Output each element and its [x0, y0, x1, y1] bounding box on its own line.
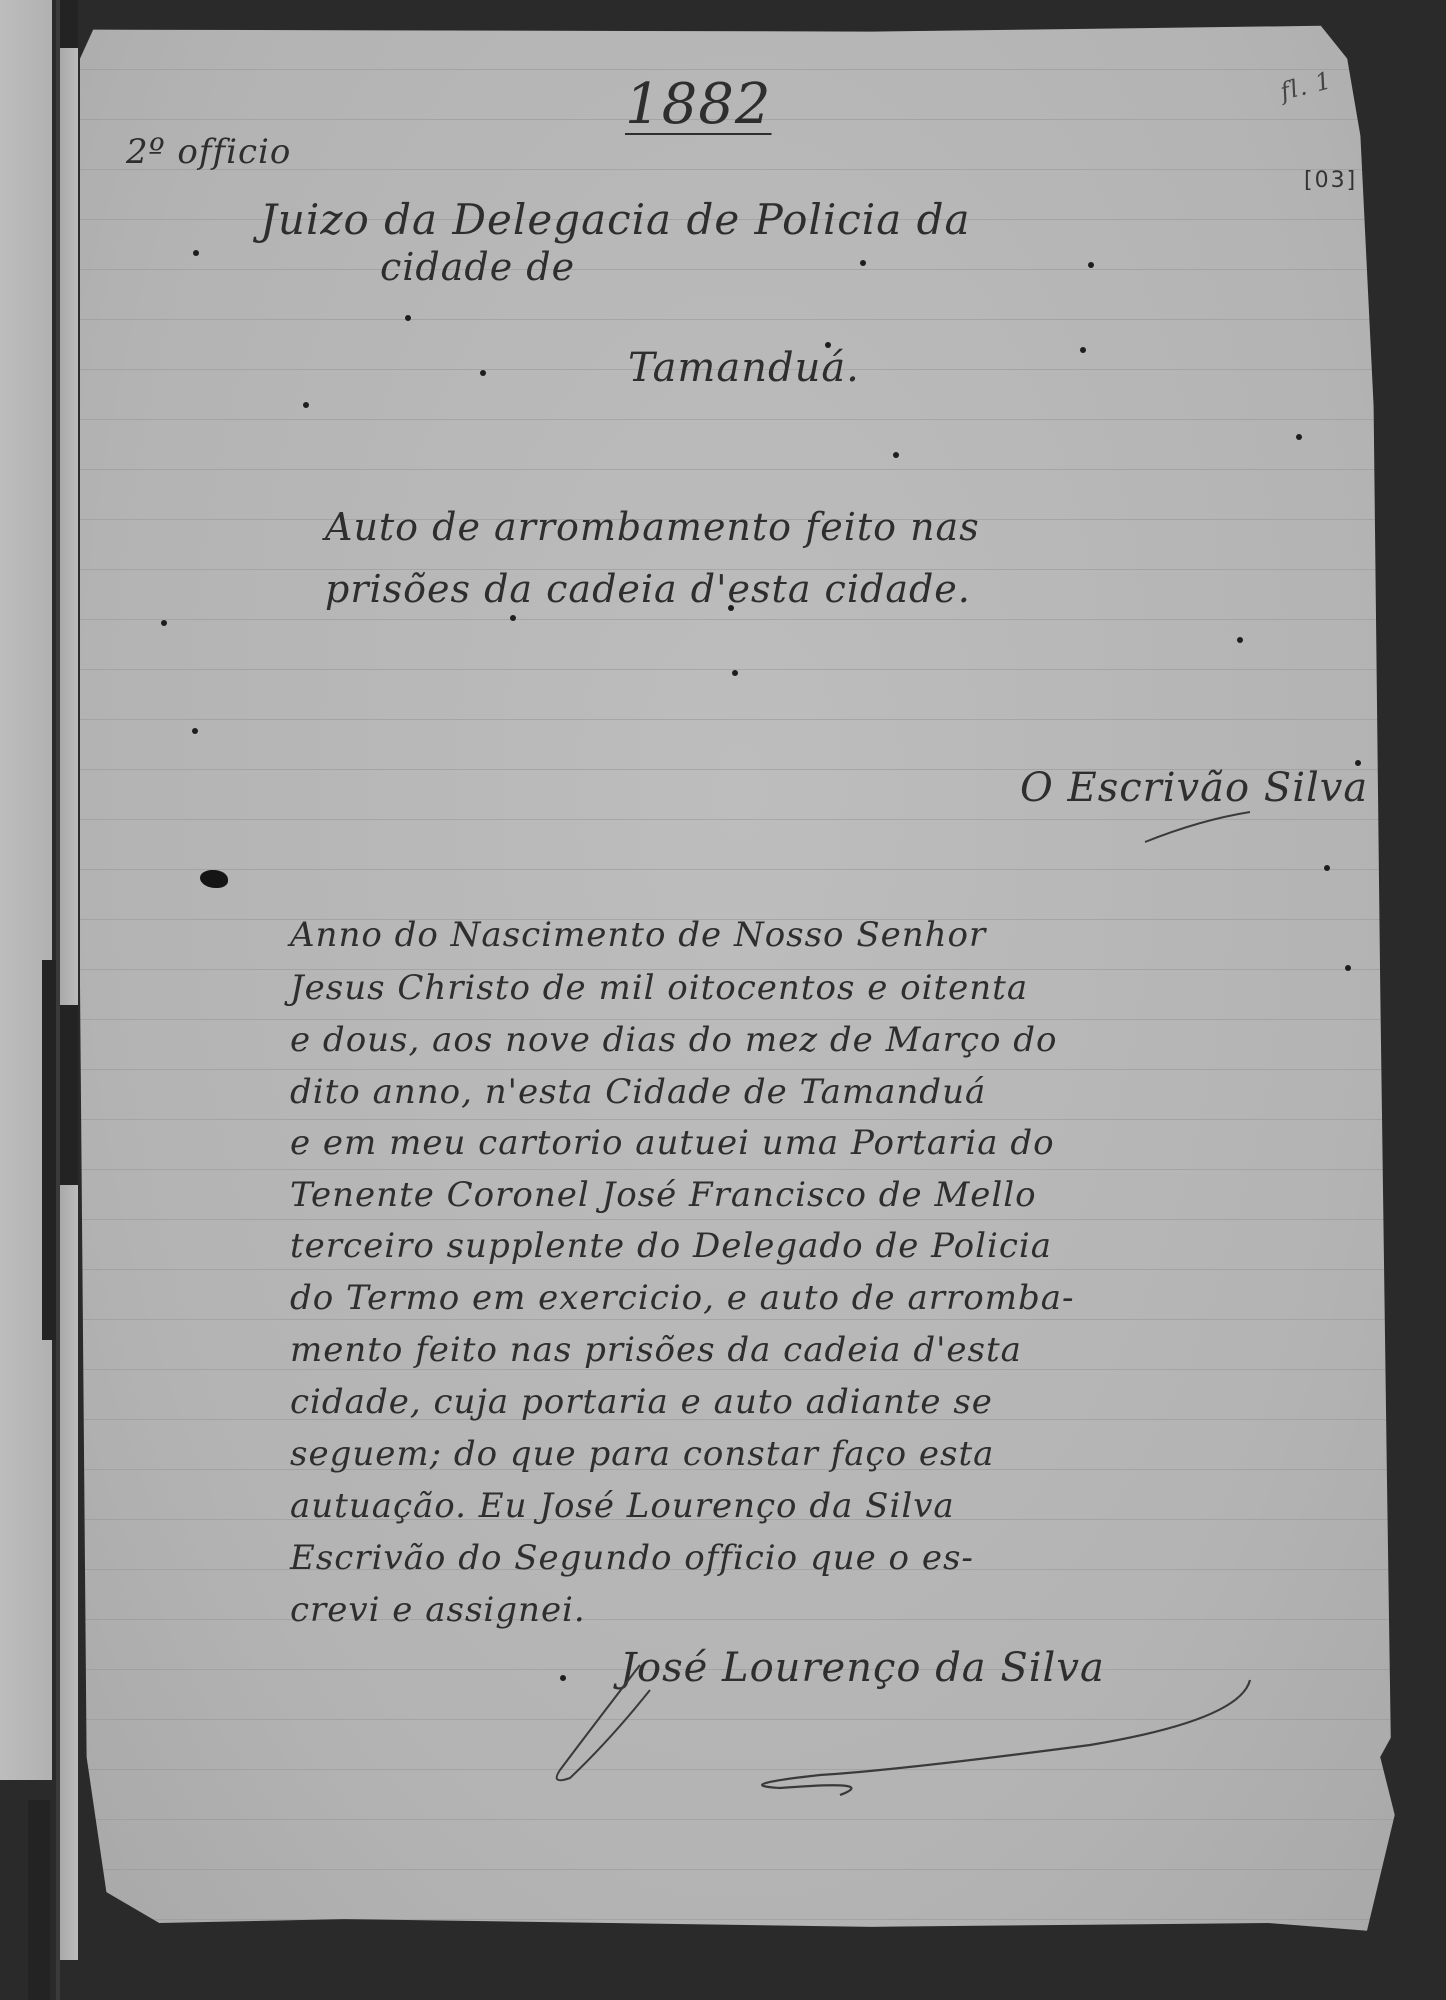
document-year: 1882	[625, 72, 772, 137]
office-label: 2º officio	[126, 132, 291, 172]
ink-spot	[1345, 965, 1351, 971]
binding-shadow	[28, 1800, 50, 2000]
ink-spot	[1237, 637, 1243, 643]
body-line: Escrivão do Segundo officio que o es-	[290, 1538, 974, 1578]
binding-strip	[60, 0, 78, 1960]
binding-shadow	[60, 1005, 78, 1185]
binding-shadow	[60, 0, 78, 48]
ink-spot	[732, 670, 738, 676]
body-line: Anno do Nascimento de Nosso Senhor	[290, 915, 986, 955]
ink-spot	[1296, 434, 1302, 440]
ink-spot	[480, 370, 486, 376]
scanned-document: 1882 2º officio fl. 1 [03] Juizo da Dele…	[0, 0, 1446, 2000]
ink-spot	[510, 615, 516, 621]
ink-spot	[893, 452, 899, 458]
ink-spot	[303, 402, 309, 408]
ink-spot	[728, 605, 734, 611]
ink-spot	[1355, 760, 1361, 766]
adjacent-page-edge	[0, 0, 52, 1780]
body-line: e dous, aos nove dias do mez de Março do	[290, 1020, 1058, 1060]
heading-line-2: cidade de	[380, 245, 575, 289]
body-line: cidade, cuja portaria e auto adiante se	[290, 1382, 993, 1422]
body-line: e em meu cartorio autuei uma Portaria do	[290, 1123, 1055, 1163]
body-line: crevi e assignei.	[290, 1590, 586, 1630]
ink-spot	[860, 260, 866, 266]
ink-blot	[200, 870, 228, 888]
ink-spot	[1088, 262, 1094, 268]
ink-spot	[193, 250, 199, 256]
body-line: Tenente Coronel José Francisco de Mello	[290, 1175, 1037, 1215]
ink-spot	[1324, 865, 1330, 871]
body-line: terceiro supplente do Delegado de Polici…	[290, 1226, 1052, 1266]
heading-line-1: Juizo da Delegacia de Policia da	[260, 195, 971, 244]
title-line-2: prisões da cadeia d'esta cidade.	[325, 567, 971, 611]
body-line: dito anno, n'esta Cidade de Tamanduá	[290, 1072, 986, 1112]
title-line-1: Auto de arrombamento feito nas	[325, 505, 980, 549]
page-number-stamp: [03]	[1304, 168, 1357, 193]
body-line: mento feito nas prisões da cadeia d'esta	[290, 1330, 1022, 1370]
signature-flourish-icon	[1140, 810, 1260, 850]
heading-line-3: Tamanduá.	[628, 345, 860, 391]
body-line: seguem; do que para constar faço esta	[290, 1434, 994, 1474]
ink-spot	[1080, 347, 1086, 353]
ink-spot	[560, 1675, 566, 1681]
ink-spot	[161, 620, 167, 626]
clerk-signature: O Escrivão Silva	[1020, 765, 1368, 811]
ink-spot	[405, 315, 411, 321]
folio-mark: fl. 1	[1277, 66, 1334, 106]
body-line: autuação. Eu José Lourenço da Silva	[290, 1486, 955, 1526]
body-line: do Termo em exercicio, e auto de arromba…	[290, 1278, 1074, 1318]
binding-shadow	[42, 960, 56, 1340]
manuscript-page: 1882 2º officio fl. 1 [03] Juizo da Dele…	[80, 20, 1400, 1950]
ink-spot	[825, 342, 831, 348]
body-line: Jesus Christo de mil oitocentos e oitent…	[290, 968, 1028, 1008]
signature-flourish-icon	[550, 1660, 1270, 1800]
ink-spot	[192, 728, 198, 734]
